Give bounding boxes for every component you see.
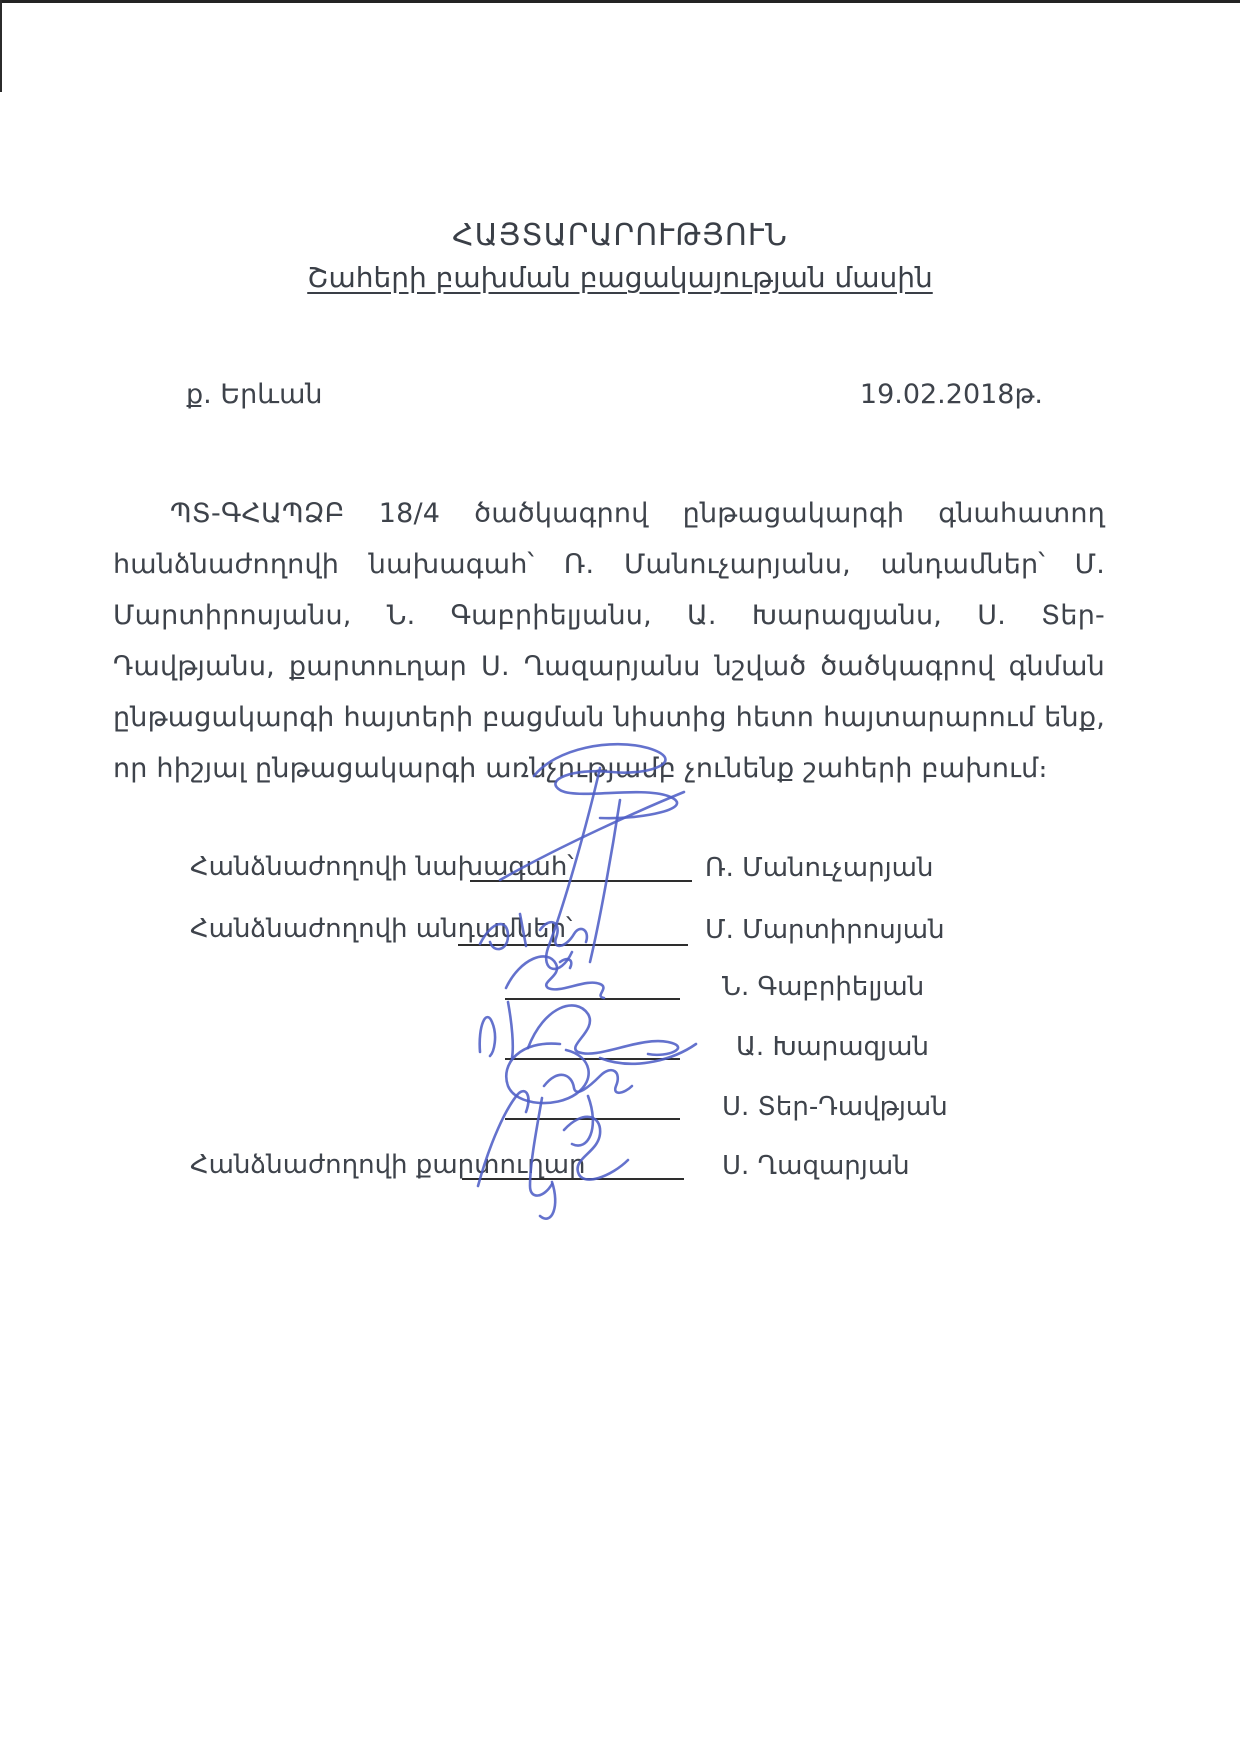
signature-label-members: Հանձնաժողովի անդամներ՝ (190, 914, 572, 944)
signature-label-secretary: Հանձնաժողովի քարտուղար (190, 1150, 586, 1180)
signature-name-ter-davtyan: Ս. Տեր-Դավթյան (722, 1092, 948, 1122)
body-paragraph: ՊՏ-ԳՀԱՊՁԲ 18/4 ծածկագրով ընթացակարգի գնա… (113, 488, 1105, 794)
document-title: ՀԱՅՏԱՐԱՐՈՒԹՅՈՒՆ (0, 218, 1240, 253)
signature-line-chairman (470, 880, 692, 882)
signature-label-chairman: Հանձնաժողովի նախագահ՝ (190, 852, 574, 882)
signature-line-ghazaryan (462, 1178, 684, 1180)
signature-name-martirosyan: Մ. Մարտիրոսյան (705, 915, 945, 945)
signature-line-martirosyan (458, 944, 688, 946)
scanned-declaration-page: ՀԱՅՏԱՐԱՐՈՒԹՅՈՒՆ Շահերի բախման բացակայութ… (0, 0, 1240, 1753)
signature-line-ter-davtyan (505, 1118, 680, 1120)
signature-name-gabrielyan: Ն. Գաբրիելյան (722, 972, 924, 1002)
signature-line-kharazyan (505, 1058, 680, 1060)
scan-edge-artifact-left (0, 0, 2, 92)
date-line: 19.02.2018թ. (860, 379, 1043, 410)
document-subtitle: Շահերի բախման բացակայության մասին (0, 261, 1240, 294)
signature-name-kharazyan: Ա. Խարազյան (736, 1032, 929, 1062)
scan-edge-artifact-top (0, 0, 1240, 3)
signature-name-ghazaryan: Ս. Ղազարյան (722, 1151, 910, 1181)
signature-line-gabrielyan (505, 998, 680, 1000)
signature-name-manucharyan: Ռ. Մանուչարյան (705, 853, 933, 883)
place-line: ք. Երևան (186, 379, 323, 410)
